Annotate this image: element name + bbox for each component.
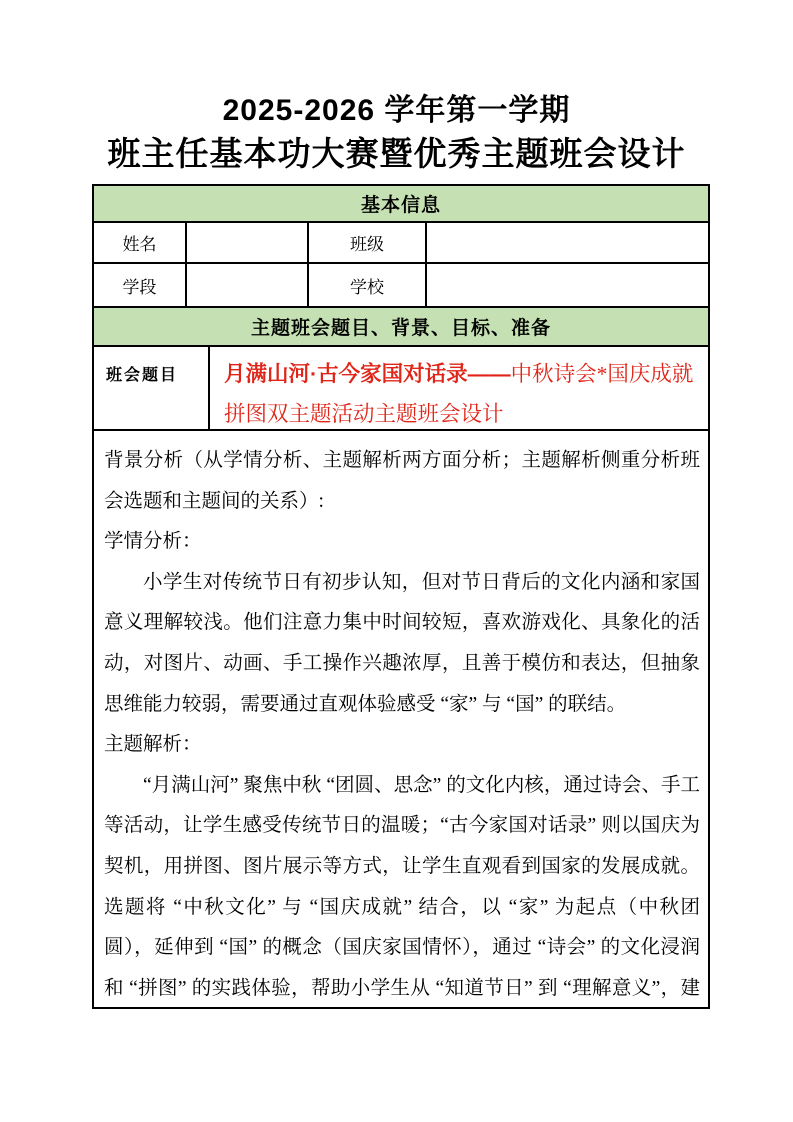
section-header-topic-label: 主题班会题目、背景、目标、准备	[251, 313, 551, 340]
background-analysis-intro: 背景分析（从学情分析、主题解析两方面分析；主题解析侧重分析班会选题和主题间的关系…	[104, 441, 700, 522]
section-header-topic: 主题班会题目、背景、目标、准备	[94, 306, 708, 345]
stage-label: 学段	[94, 264, 185, 306]
name-field[interactable]	[185, 223, 307, 262]
theme-analysis-heading: 主题解析：	[104, 725, 700, 766]
class-meeting-design-table: 基本信息 姓名 班级 学段 学校 主题班会题目、背景、目标、准备 班会题目 月满…	[92, 184, 710, 1009]
learning-analysis-heading: 学情分析：	[104, 522, 700, 563]
table-row: 学段 学校	[94, 262, 708, 306]
stage-field[interactable]	[185, 264, 307, 306]
name-label: 姓名	[94, 223, 185, 262]
title-line-2: 班主任基本功大赛暨优秀主题班会设计	[0, 132, 793, 176]
background-analysis-cell: 背景分析（从学情分析、主题解析两方面分析；主题解析侧重分析班会选题和主题间的关系…	[94, 431, 708, 1007]
document-page: 2025-2026 学年第一学期 班主任基本功大赛暨优秀主题班会设计 基本信息 …	[0, 0, 793, 1122]
topic-title-bold-part: 月满山河·古今家国对话录——	[224, 362, 511, 386]
section-header-basic-info-label: 基本信息	[361, 190, 441, 217]
section-header-basic-info: 基本信息	[94, 186, 708, 221]
learning-analysis-paragraph: 小学生对传统节日有初步认知，但对节日背后的文化内涵和家国意义理解较浅。他们注意力…	[104, 563, 700, 725]
title-line-1: 2025-2026 学年第一学期	[0, 90, 793, 132]
theme-analysis-paragraph: “月满山河” 聚焦中秋 “团圆、思念” 的文化内核，通过诗会、手工等活动，让学生…	[104, 766, 700, 1007]
school-field[interactable]	[425, 264, 708, 306]
topic-title-row: 班会题目 月满山河·古今家国对话录——中秋诗会*国庆成就拼图双主题活动主题班会设…	[94, 345, 708, 429]
topic-label: 班会题目	[94, 347, 208, 429]
school-label: 学校	[307, 264, 425, 306]
class-field[interactable]	[425, 223, 708, 262]
table-row: 姓名 班级	[94, 221, 708, 262]
background-analysis-row: 背景分析（从学情分析、主题解析两方面分析；主题解析侧重分析班会选题和主题间的关系…	[94, 429, 708, 1007]
document-title: 2025-2026 学年第一学期 班主任基本功大赛暨优秀主题班会设计	[0, 90, 793, 176]
topic-title-text: 月满山河·古今家国对话录——中秋诗会*国庆成就拼图双主题活动主题班会设计	[208, 347, 708, 429]
class-label: 班级	[307, 223, 425, 262]
